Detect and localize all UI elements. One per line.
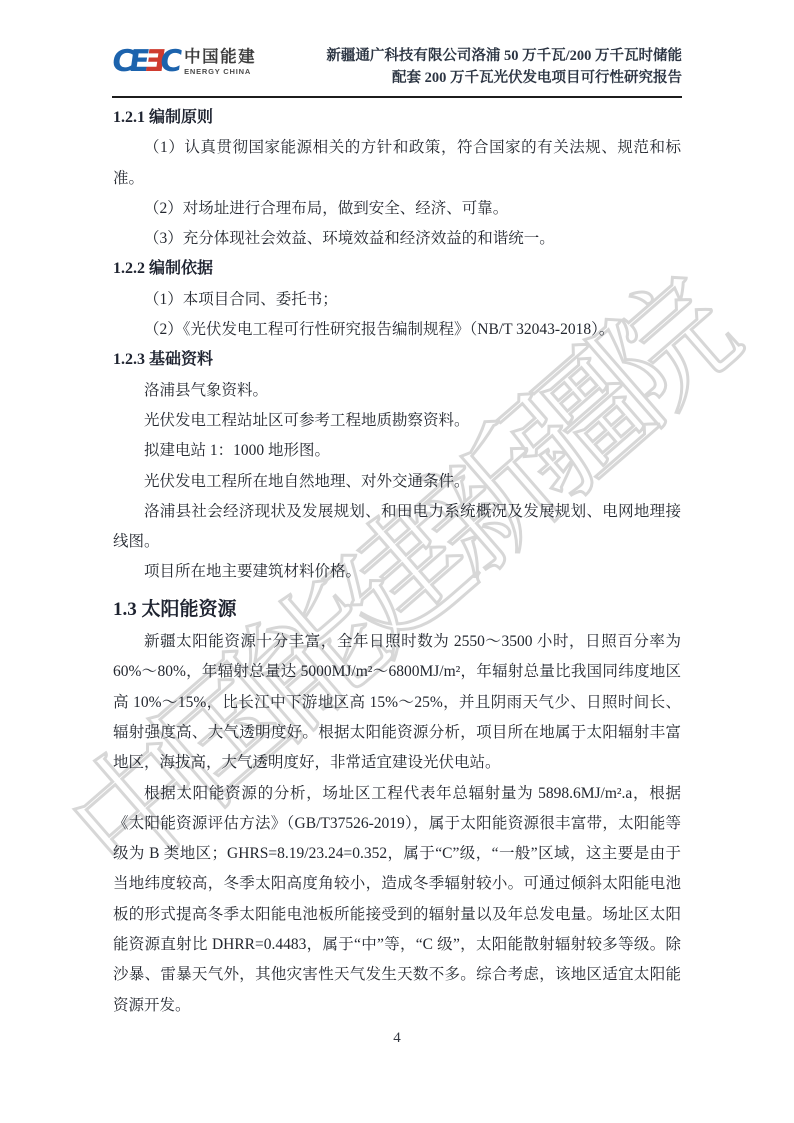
page-header: C E Ǝ C 中国能建 ENERGY CHINA 新疆通广科技有限公司洛浦 5… <box>112 44 682 98</box>
section-heading-1-2-3: 1.2.3 基础资料 <box>113 345 681 375</box>
paragraph: （2）《光伏发电工程可行性研究报告编制规程》（NB/T 32043-2018）。 <box>113 315 681 345</box>
page-footer: 4 <box>0 1030 794 1047</box>
brand-name-english: ENERGY CHINA <box>184 67 256 77</box>
report-title-line1: 新疆通广科技有限公司洛浦 50 万千瓦/200 万千瓦时储能 <box>326 46 682 68</box>
ceec-mark-icon: C E Ǝ C <box>110 47 179 77</box>
paragraph: 拟建电站 1：1000 地形图。 <box>113 436 681 466</box>
paragraph: 洛浦县气象资料。 <box>113 376 681 406</box>
logo-wordmark: 中国能建 ENERGY CHINA <box>184 48 256 77</box>
paragraph: 洛浦县社会经济现状及发展规划、和田电力系统概况及发展规划、电网地理接线图。 <box>113 497 681 558</box>
paragraph: 光伏发电工程所在地自然地理、对外交通条件。 <box>113 467 681 497</box>
brand-name-chinese: 中国能建 <box>184 48 256 67</box>
paragraph: 项目所在地主要建筑材料价格。 <box>113 557 681 587</box>
logo-letter: C <box>158 47 180 77</box>
page-number: 4 <box>393 1030 401 1046</box>
paragraph: （1）认真贯彻国家能源相关的方针和政策，符合国家的有关法规、规范和标准。 <box>113 133 681 194</box>
paragraph: 光伏发电工程站址区可参考工程地质勘察资料。 <box>113 406 681 436</box>
document-body: 1.2.1 编制原则 （1）认真贯彻国家能源相关的方针和政策，符合国家的有关法规… <box>0 98 794 1021</box>
report-page: 中国能建新疆院 C E Ǝ C 中国能建 ENERGY CHINA 新疆通广科技… <box>0 0 794 1123</box>
paragraph: 根据太阳能资源的分析，场址区工程代表年总辐射量为 5898.6MJ/m².a，根… <box>113 779 681 1021</box>
ceec-logo: C E Ǝ C 中国能建 ENERGY CHINA <box>112 44 256 77</box>
section-heading-1-2-1: 1.2.1 编制原则 <box>113 103 681 133</box>
paragraph: （1）本项目合同、委托书； <box>113 285 681 315</box>
report-title-line2: 配套 200 万千瓦光伏发电项目可行性研究报告 <box>326 68 682 90</box>
paragraph: （2）对场址进行合理布局，做到安全、经济、可靠。 <box>113 194 681 224</box>
report-title: 新疆通广科技有限公司洛浦 50 万千瓦/200 万千瓦时储能 配套 200 万千… <box>326 44 682 89</box>
section-heading-1-3: 1.3 太阳能资源 <box>113 595 681 625</box>
section-heading-1-2-2: 1.2.2 编制依据 <box>113 254 681 284</box>
paragraph: （3）充分体现社会效益、环境效益和经济效益的和谐统一。 <box>113 224 681 254</box>
paragraph: 新疆太阳能资源十分丰富，全年日照时数为 2550～3500 小时，日照百分率为 … <box>113 627 681 778</box>
